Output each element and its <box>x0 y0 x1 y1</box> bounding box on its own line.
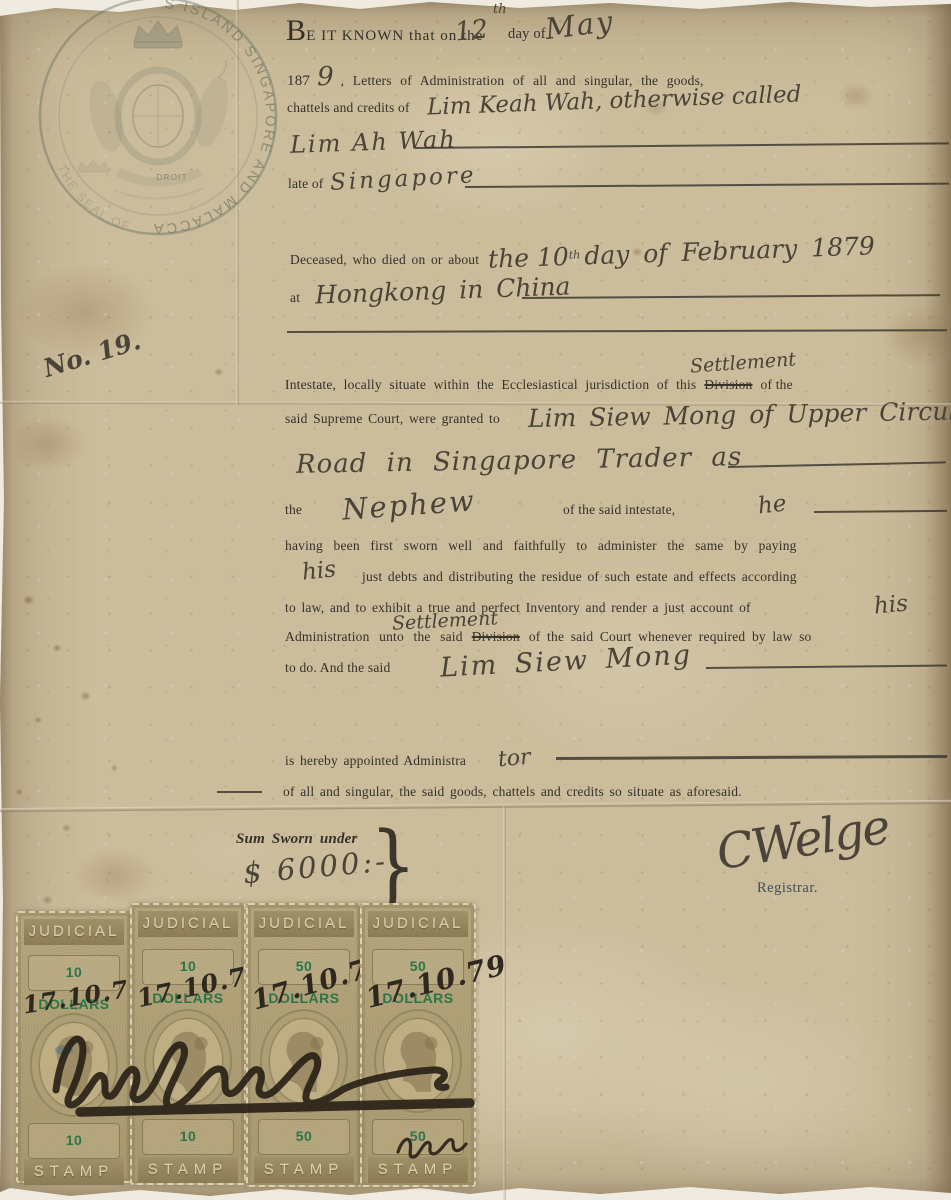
supreme-court-seal: S ISLAND SINGAPORE AND MALACCA THE SEAL … <box>22 0 290 252</box>
intestate-line-1: Intestate, locally situate within the Ec… <box>285 376 793 394</box>
printed-day-of: day of <box>508 26 546 43</box>
scanned-document-page: S ISLAND SINGAPORE AND MALACCA THE SEAL … <box>0 0 951 1200</box>
printed-of-said-intestate: of the said intestate, <box>563 502 675 518</box>
printed-closing-line: of all and singular, the said goods, cha… <box>283 784 742 800</box>
intestate-pre: Intestate, locally situate within the Ec… <box>285 377 696 392</box>
printed-late-of: late of <box>288 176 324 192</box>
handwritten-year-digit: 9 <box>317 62 334 92</box>
handwritten-day-suffix: th <box>493 2 507 17</box>
handwritten-his-2: his <box>873 591 909 620</box>
printed-sworn-line: having been first sworn well and faithfu… <box>285 538 797 554</box>
seal-banner-text-shape: DROIT <box>156 172 187 182</box>
death-date-pre: the 10 <box>488 242 570 274</box>
printed-inventory-line: to law, and to exhibit a true and perfec… <box>285 600 751 616</box>
struck-division-2: Division <box>472 629 520 644</box>
printed-to-do: to do. And the said <box>285 660 390 676</box>
printed-granted-to: said Supreme Court, were granted to <box>285 411 500 427</box>
registrar-title: Registrar. <box>757 880 818 897</box>
ink-cancellation-scrawl <box>0 900 500 1200</box>
dash-line <box>217 791 262 793</box>
sum-sworn-label: Sum Sworn under <box>236 831 358 848</box>
intestate-post: of the <box>761 377 793 392</box>
handwritten-his-1: his <box>301 556 338 585</box>
handwritten-alias-name: Lim Ah Wah <box>290 125 458 159</box>
death-date-suffix: th <box>568 248 580 261</box>
printed-appointed: is hereby appointed Administra <box>285 753 466 769</box>
printed-debts-line: just debts and distributing the residue … <box>362 569 797 585</box>
handwritten-pronoun: he <box>757 491 788 520</box>
admin-pre: Administration unto the said <box>285 629 463 644</box>
printed-deceased-line: Deceased, who died on or about <box>290 252 479 268</box>
administration-line: Administration unto the said Division of… <box>285 628 812 646</box>
dropcap-initial: B <box>286 14 306 47</box>
printed-year: 187 <box>287 73 310 89</box>
struck-division: Division <box>704 377 752 392</box>
printed-the: the <box>285 502 302 518</box>
printed-at: at <box>290 290 300 306</box>
handwritten-day: 12 <box>454 14 490 47</box>
printed-chattels: chattels and credits of <box>287 100 410 116</box>
handwritten-tor: tor <box>497 745 532 773</box>
